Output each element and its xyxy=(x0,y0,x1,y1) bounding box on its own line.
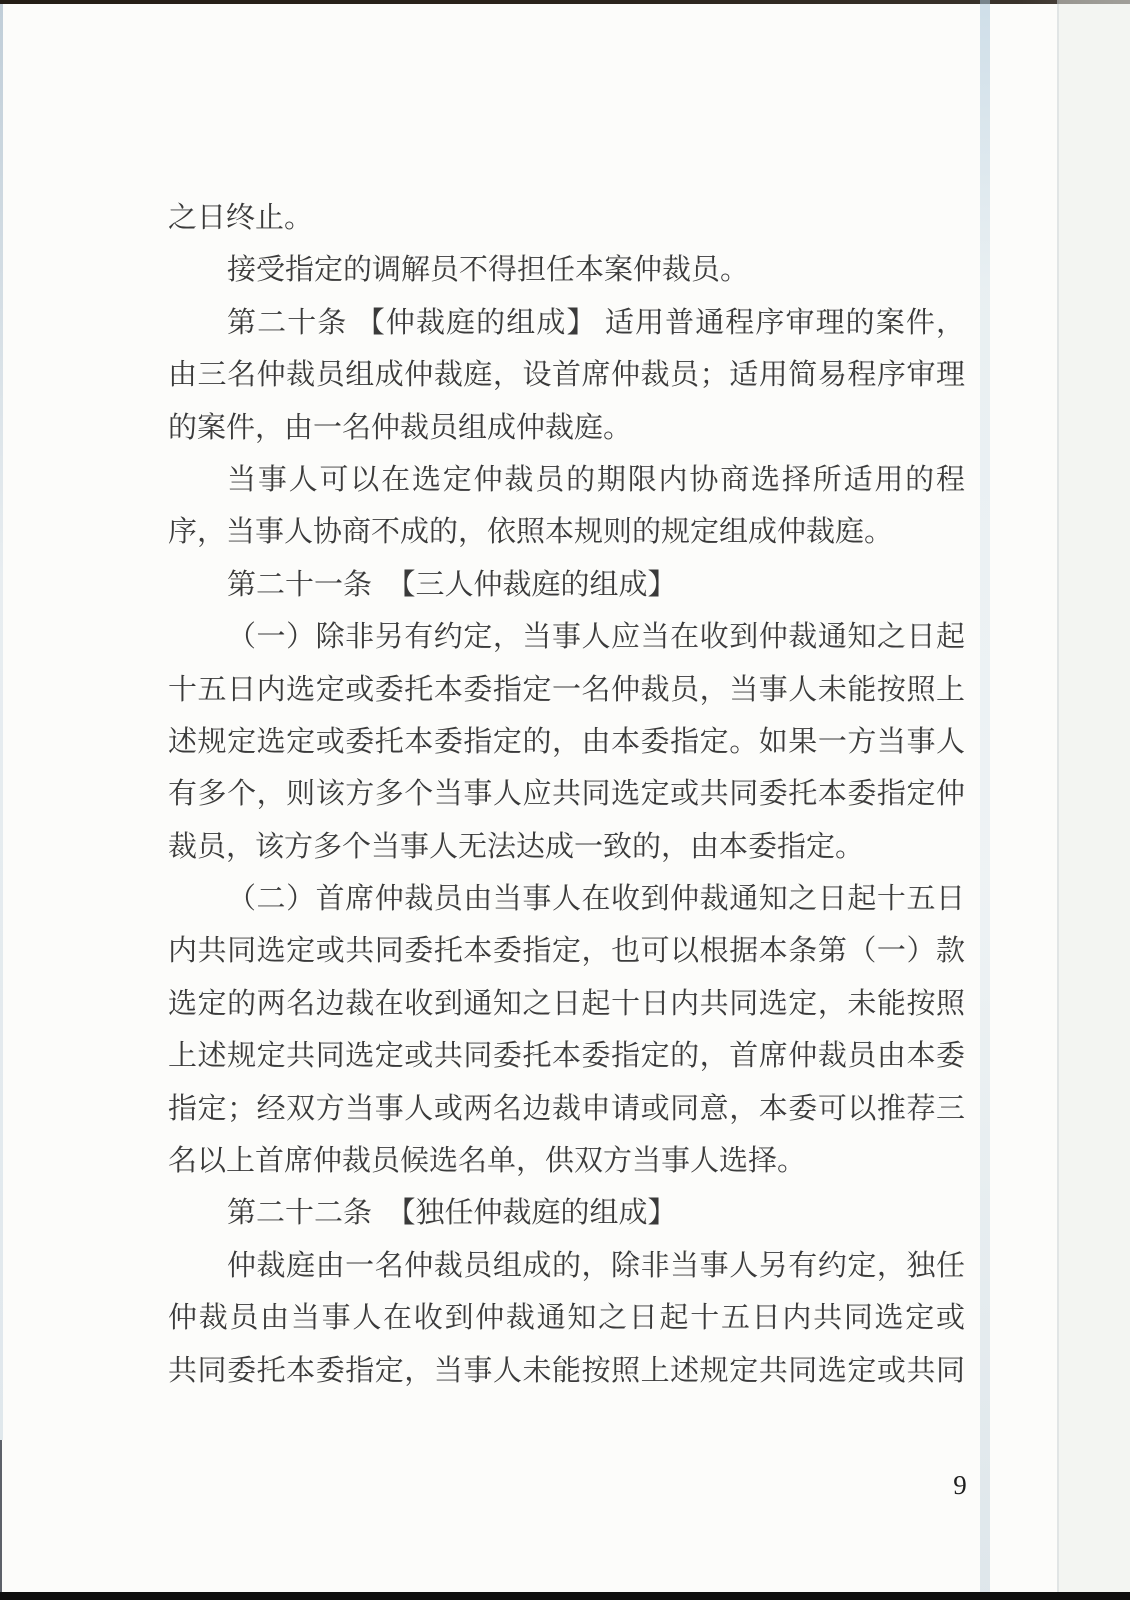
text-line: 当事人可以在选定仲裁员的期限内协商选择所适用的程 xyxy=(168,454,965,506)
text-line: 选定的两名边裁在收到通知之日起十日内共同选定，未能按照 xyxy=(168,978,965,1030)
scan-vertical-streak xyxy=(980,0,990,1600)
text-line: 之日终止。 xyxy=(168,192,965,244)
text-line: 名以上首席仲裁员候选名单，供双方当事人选择。 xyxy=(168,1135,965,1187)
scan-top-border xyxy=(0,0,1130,4)
text-line: 有多个，则该方多个当事人应共同选定或共同委托本委指定仲 xyxy=(168,768,965,820)
text-line: 十五日内选定或委托本委指定一名仲裁员，当事人未能按照上 xyxy=(168,664,965,716)
text-line: 共同委托本委指定，当事人未能按照上述规定共同选定或共同 xyxy=(168,1345,965,1397)
article-heading-line: 第二十二条 【独任仲裁庭的组成】 xyxy=(168,1187,965,1239)
document-text: 之日终止。接受指定的调解员不得担任本案仲裁员。第二十条 【仲裁庭的组成】 适用普… xyxy=(168,192,965,1397)
scan-left-edge xyxy=(0,4,3,1440)
text-line: 的案件，由一名仲裁员组成仲裁庭。 xyxy=(168,402,965,454)
article-heading-line: 第二十一条 【三人仲裁庭的组成】 xyxy=(168,559,965,611)
text-line: 序，当事人协商不成的，依照本规则的规定组成仲裁庭。 xyxy=(168,506,965,558)
text-line: 由三名仲裁员组成仲裁庭，设首席仲裁员；适用简易程序审理 xyxy=(168,349,965,401)
article-heading-line: 第二十条 【仲裁庭的组成】 适用普通程序审理的案件， xyxy=(168,297,965,349)
text-line: 上述规定共同选定或共同委托本委指定的，首席仲裁员由本委 xyxy=(168,1030,965,1082)
scan-right-band xyxy=(1059,0,1130,1600)
page-number: 9 xyxy=(944,1470,976,1501)
scan-bottom-border xyxy=(0,1592,1130,1600)
text-line: 仲裁员由当事人在收到仲裁通知之日起十五日内共同选定或 xyxy=(168,1292,965,1344)
scan-vertical-line xyxy=(1057,0,1059,1600)
text-line: 述规定选定或委托本委指定的，由本委指定。如果一方当事人 xyxy=(168,716,965,768)
scan-left-edge-dark xyxy=(0,1440,2,1592)
text-line: 仲裁庭由一名仲裁员组成的，除非当事人另有约定，独任 xyxy=(168,1240,965,1292)
text-line: （二）首席仲裁员由当事人在收到仲裁通知之日起十五日 xyxy=(168,873,965,925)
text-line: 裁员，该方多个当事人无法达成一致的，由本委指定。 xyxy=(168,821,965,873)
scanned-document-page: 之日终止。接受指定的调解员不得担任本案仲裁员。第二十条 【仲裁庭的组成】 适用普… xyxy=(0,0,1130,1600)
text-line: 内共同选定或共同委托本委指定，也可以根据本条第（一）款 xyxy=(168,925,965,977)
text-line: 指定；经双方当事人或两名边裁申请或同意，本委可以推荐三 xyxy=(168,1083,965,1135)
text-line: 接受指定的调解员不得担任本案仲裁员。 xyxy=(168,244,965,296)
text-line: （一）除非另有约定，当事人应当在收到仲裁通知之日起 xyxy=(168,611,965,663)
